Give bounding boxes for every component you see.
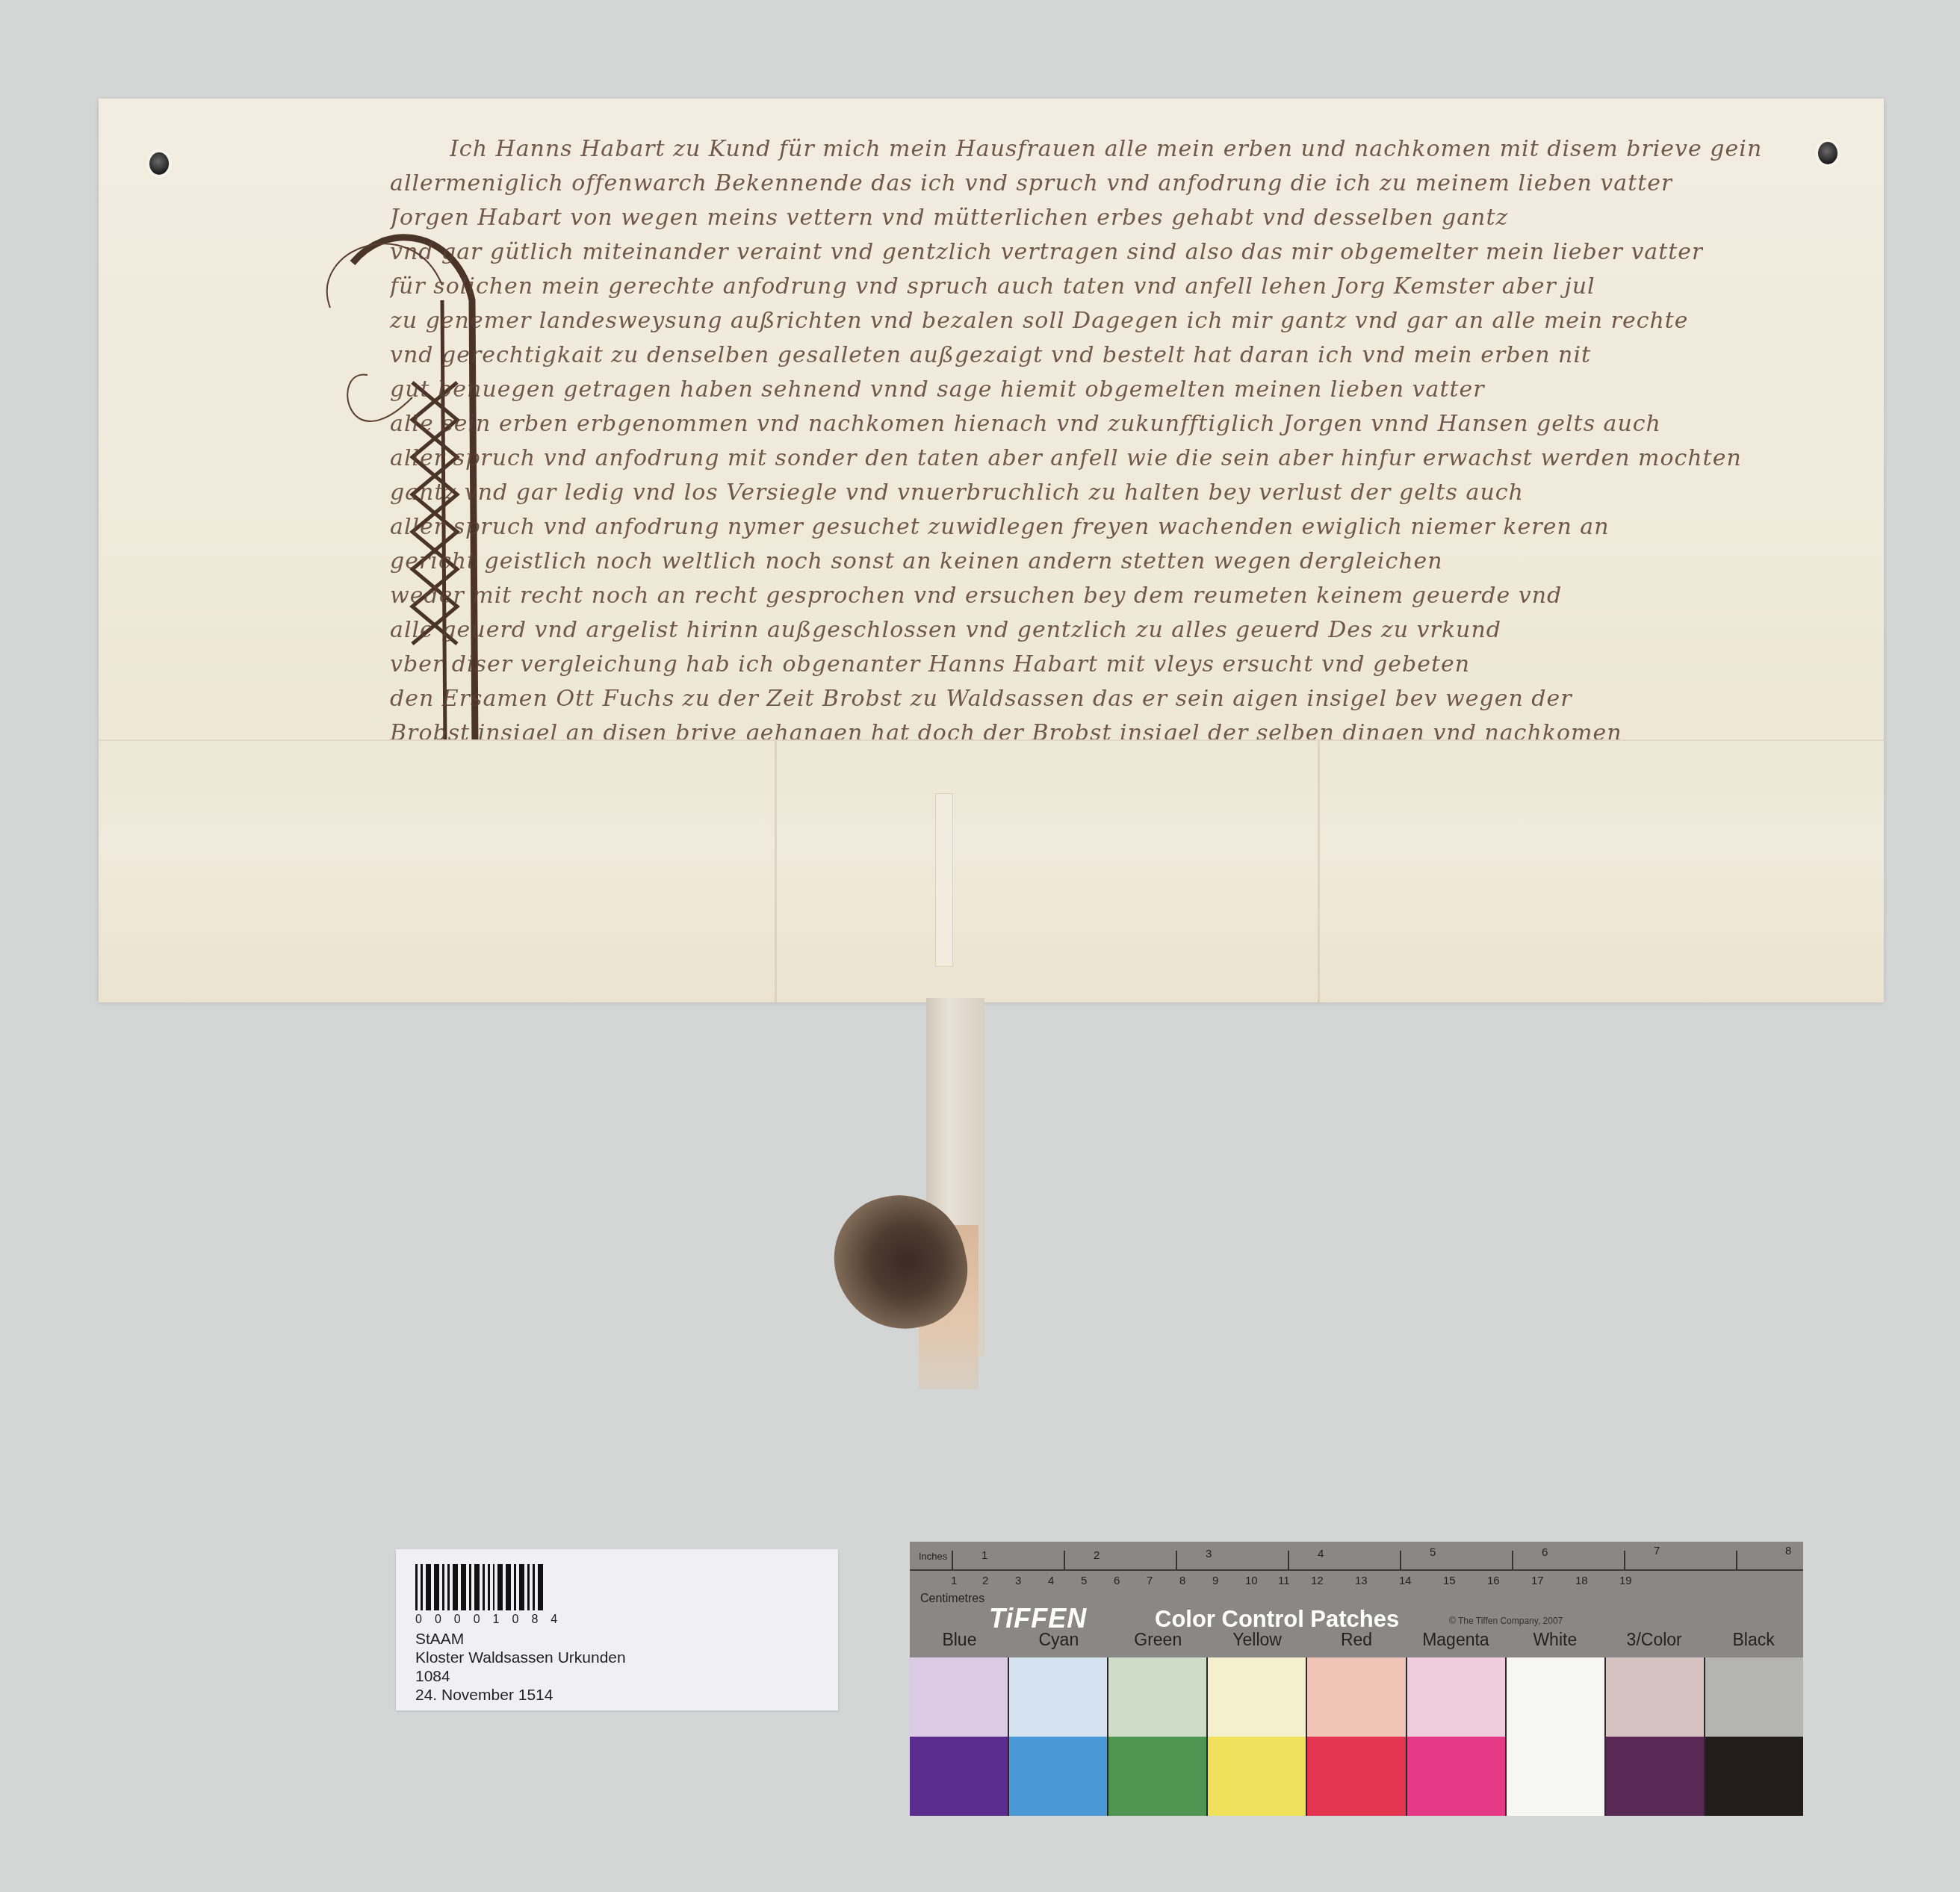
cm-mark: 19 [1619, 1575, 1632, 1587]
charter-line: vnd gerechtigkait zu denselben gesallete… [390, 342, 1591, 378]
inch-mark: 2 [1094, 1549, 1100, 1562]
cm-mark: 15 [1443, 1575, 1456, 1587]
cm-mark: 4 [1048, 1575, 1054, 1587]
barcode-number: 00001084 [415, 1613, 570, 1627]
cm-mark: 8 [1179, 1575, 1185, 1587]
cm-mark: 17 [1531, 1575, 1544, 1587]
charter-line: alle geuerd vnd argelist hirinn außgesch… [390, 617, 1501, 653]
patch-label-cyan: Cyan [1009, 1630, 1108, 1650]
chart-copyright: © The Tiffen Company, 2007 [1449, 1616, 1563, 1626]
label-number: 1084 [415, 1667, 626, 1686]
fold-crease [775, 741, 777, 1002]
charter-text-area: Ich Hanns Habart zu Kund für mich mein H… [99, 99, 1884, 739]
patch-3color [1606, 1657, 1705, 1816]
patch-label-magenta: Magenta [1406, 1630, 1505, 1650]
cm-mark: 9 [1212, 1575, 1218, 1587]
barcode-icon [415, 1564, 543, 1610]
charter-plica-fold [99, 739, 1884, 1002]
charter-line: allermeniglich offenwarch Bekennende das… [390, 170, 1672, 206]
charter-line: gericht geistlich noch weltlich noch son… [390, 548, 1443, 584]
cm-mark: 13 [1355, 1575, 1368, 1587]
patch-blue [910, 1657, 1009, 1816]
charter-line: aller spruch vnd anfodrung mit sonder de… [390, 445, 1742, 481]
cm-mark: 7 [1147, 1575, 1153, 1587]
charter-line: Jorgen Habart von wegen meins vettern vn… [390, 205, 1508, 241]
cm-mark: 18 [1575, 1575, 1588, 1587]
cm-mark: 16 [1487, 1575, 1500, 1587]
inch-mark: 8 [1785, 1545, 1791, 1557]
charter-line: gut benuegen getragen haben sehnend vnnd… [390, 376, 1485, 412]
charter-first-line: Ich Hanns Habart zu Kund für mich mein H… [450, 136, 1762, 172]
inch-mark: 4 [1318, 1548, 1324, 1560]
charter-line: vnd gar gütlich miteinander veraint vnd … [390, 239, 1703, 275]
cm-mark: 11 [1278, 1575, 1290, 1587]
cm-mark: 6 [1114, 1575, 1120, 1587]
patch-white [1507, 1657, 1606, 1816]
patch-green [1108, 1657, 1208, 1816]
mounting-hole-left [149, 152, 169, 175]
color-patches [910, 1657, 1803, 1816]
chart-header: Inches 1 2 3 4 5 6 7 8 1 2 3 4 5 6 7 8 9… [910, 1542, 1803, 1657]
charter-line: vber diser vergleichung hab ich obgenant… [390, 651, 1470, 687]
charter-line: zu genemer landesweysung außrichten vnd … [390, 308, 1689, 344]
inch-mark: 3 [1206, 1548, 1212, 1560]
charter-line: weder mit recht noch an recht gesprochen… [390, 583, 1562, 618]
cm-mark: 2 [982, 1575, 988, 1587]
charter-line: den Ersamen Ott Fuchs zu der Zeit Brobst… [390, 686, 1572, 722]
color-control-chart: Inches 1 2 3 4 5 6 7 8 1 2 3 4 5 6 7 8 9… [910, 1542, 1806, 1820]
charter-line: alle sein erben erbgenommen vnd nachkome… [390, 411, 1661, 447]
inches-label: Inches [919, 1551, 947, 1562]
patch-label-red: Red [1307, 1630, 1407, 1650]
patch-label-blue: Blue [910, 1630, 1009, 1650]
charter-line: Brobst insigel an disen brive gehangen h… [390, 720, 1622, 739]
seal-strap-slit [935, 793, 953, 967]
centimetres-label: Centimetres [920, 1592, 984, 1606]
charter-line: aller spruch vnd anfodrung nymer gesuche… [390, 514, 1609, 550]
patch-cyan [1009, 1657, 1108, 1816]
label-date: 24. November 1514 [415, 1686, 626, 1705]
chart-title: Color Control Patches [1155, 1606, 1399, 1633]
inch-mark: 5 [1430, 1546, 1436, 1559]
mounting-hole-right [1818, 142, 1837, 164]
patch-labels: Blue Cyan Green Yellow Red Magenta White… [910, 1630, 1803, 1650]
archive-label: 00001084 StAAM Kloster Waldsassen Urkund… [396, 1549, 838, 1710]
cm-mark: 1 [951, 1575, 957, 1587]
cm-mark: 12 [1311, 1575, 1324, 1587]
charter-line: für solichen mein gerechte anfodrung vnd… [390, 273, 1595, 309]
patch-label-yellow: Yellow [1208, 1630, 1307, 1650]
patch-yellow [1208, 1657, 1307, 1816]
parchment-charter: Ich Hanns Habart zu Kund für mich mein H… [99, 99, 1884, 1001]
patch-black [1705, 1657, 1803, 1816]
fold-crease [1318, 741, 1320, 1002]
charter-line: gantz vnd gar ledig vnd los Versiegle vn… [390, 480, 1524, 515]
patch-magenta [1407, 1657, 1507, 1816]
inch-mark: 6 [1542, 1546, 1548, 1559]
label-collection: Kloster Waldsassen Urkunden [415, 1648, 626, 1667]
cm-mark: 14 [1399, 1575, 1412, 1587]
cm-mark: 5 [1081, 1575, 1087, 1587]
patch-label-green: Green [1108, 1630, 1208, 1650]
cm-mark: 3 [1015, 1575, 1021, 1587]
patch-label-white: White [1505, 1630, 1604, 1650]
patch-label-3color: 3/Color [1604, 1630, 1704, 1650]
inch-mark: 1 [981, 1549, 987, 1562]
cm-mark: 10 [1245, 1575, 1258, 1587]
ruler-line [910, 1569, 1803, 1571]
inch-mark: 7 [1654, 1545, 1660, 1557]
label-archive: StAAM [415, 1630, 626, 1648]
patch-label-black: Black [1704, 1630, 1803, 1650]
patch-red [1307, 1657, 1407, 1816]
